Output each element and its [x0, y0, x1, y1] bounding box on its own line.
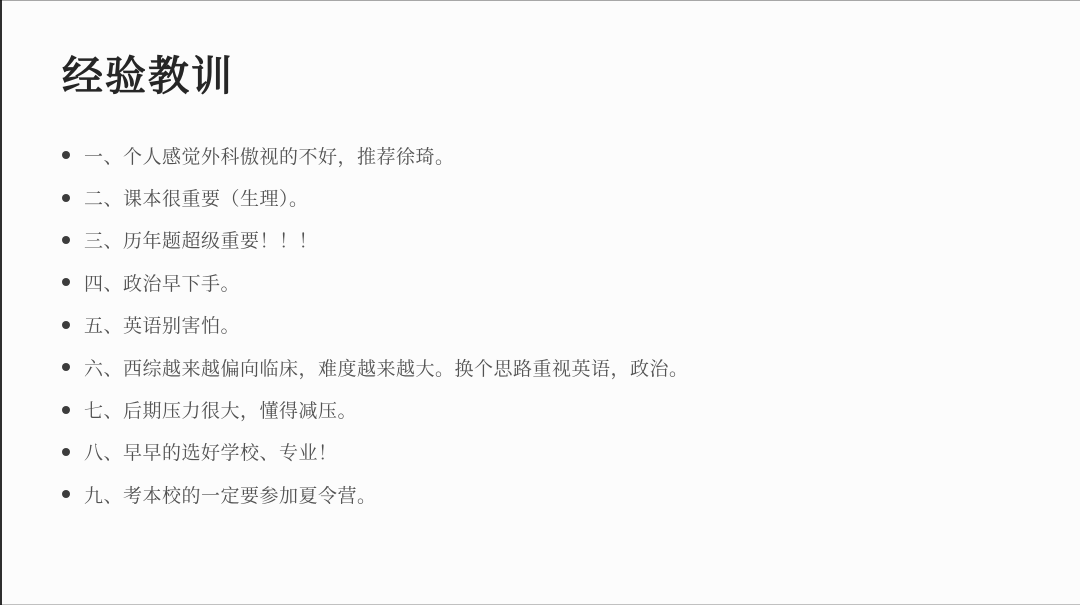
list-item-text: 六、西综越来越偏向临床，难度越来越大。换个思路重视英语，政治。: [84, 354, 689, 381]
bullet-icon: [62, 448, 70, 456]
bullet-icon: [62, 236, 70, 244]
list-item-text: 四、政治早下手。: [84, 269, 240, 296]
slide-title: 经验教训: [62, 52, 234, 100]
bullet-icon: [62, 321, 70, 329]
bullet-icon: [62, 406, 70, 414]
lesson-list: 一、个人感觉外科傲视的不好，推荐徐琦。 二、课本很重要（生理）。 三、历年题超级…: [62, 134, 689, 516]
list-item: 二、课本很重要（生理）。: [62, 176, 689, 218]
bullet-icon: [62, 490, 70, 498]
bullet-icon: [62, 151, 70, 159]
bullet-icon: [62, 194, 70, 202]
list-item: 九、考本校的一定要参加夏令营。: [62, 473, 689, 515]
list-item: 四、政治早下手。: [62, 261, 689, 303]
list-item-text: 九、考本校的一定要参加夏令营。: [84, 481, 377, 508]
list-item-text: 七、后期压力很大，懂得减压。: [84, 396, 357, 423]
list-item: 七、后期压力很大，懂得减压。: [62, 388, 689, 430]
list-item: 六、西综越来越偏向临床，难度越来越大。换个思路重视英语，政治。: [62, 346, 689, 388]
list-item: 三、历年题超级重要！！！: [62, 219, 689, 261]
list-item-text: 三、历年题超级重要！！！: [84, 226, 318, 253]
list-item: 五、英语别害怕。: [62, 304, 689, 346]
bullet-icon: [62, 363, 70, 371]
list-item: 一、个人感觉外科傲视的不好，推荐徐琦。: [62, 134, 689, 176]
list-item-text: 一、个人感觉外科傲视的不好，推荐徐琦。: [84, 142, 455, 169]
list-item: 八、早早的选好学校、专业！: [62, 431, 689, 473]
list-item-text: 五、英语别害怕。: [84, 311, 240, 338]
list-item-text: 八、早早的选好学校、专业！: [84, 438, 338, 465]
list-item-text: 二、课本很重要（生理）。: [84, 184, 309, 211]
slide: 经验教训 一、个人感觉外科傲视的不好，推荐徐琦。 二、课本很重要（生理）。 三、…: [0, 0, 1080, 605]
bullet-icon: [62, 278, 70, 286]
